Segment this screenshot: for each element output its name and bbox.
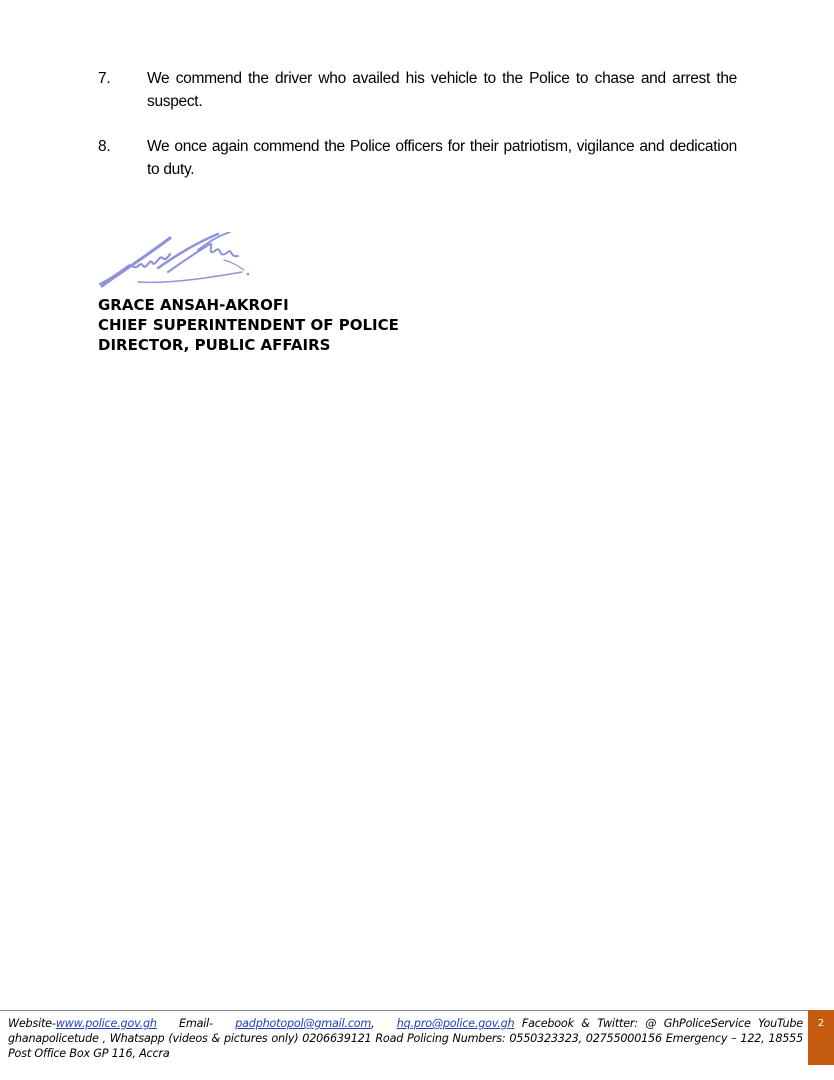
page-number: 2 (818, 1018, 824, 1029)
signatory-title: DIRECTOR, PUBLIC AFFAIRS (98, 335, 399, 355)
footer-contact-info: Website-www.police.gov.gh Email- padphot… (8, 1016, 803, 1061)
email-link-2[interactable]: hq.pro@police.gov.gh (397, 1017, 515, 1030)
paragraph-text: We commend the driver who availed his ve… (147, 67, 737, 113)
paragraph-8: 8. We once again commend the Police offi… (98, 135, 737, 181)
paragraph-number: 8. (98, 135, 110, 158)
separator: , (371, 1017, 374, 1030)
footer-divider (0, 1010, 808, 1011)
paragraph-number: 7. (98, 67, 110, 90)
email-label: Email- (179, 1017, 213, 1030)
paragraph-text: We once again commend the Police officer… (147, 135, 737, 181)
website-label: Website- (8, 1017, 56, 1030)
signatory-rank: CHIEF SUPERINTENDENT OF POLICE (98, 315, 399, 335)
email-link-1[interactable]: padphotopol@gmail.com (235, 1017, 371, 1030)
page-number-badge: 2 (808, 1010, 834, 1065)
signature-block: GRACE ANSAH-AKROFI CHIEF SUPERINTENDENT … (98, 295, 399, 355)
signature-image (98, 232, 258, 294)
paragraph-7: 7. We commend the driver who availed his… (98, 67, 737, 113)
website-link[interactable]: www.police.gov.gh (56, 1017, 157, 1030)
signatory-name: GRACE ANSAH-AKROFI (98, 295, 399, 315)
